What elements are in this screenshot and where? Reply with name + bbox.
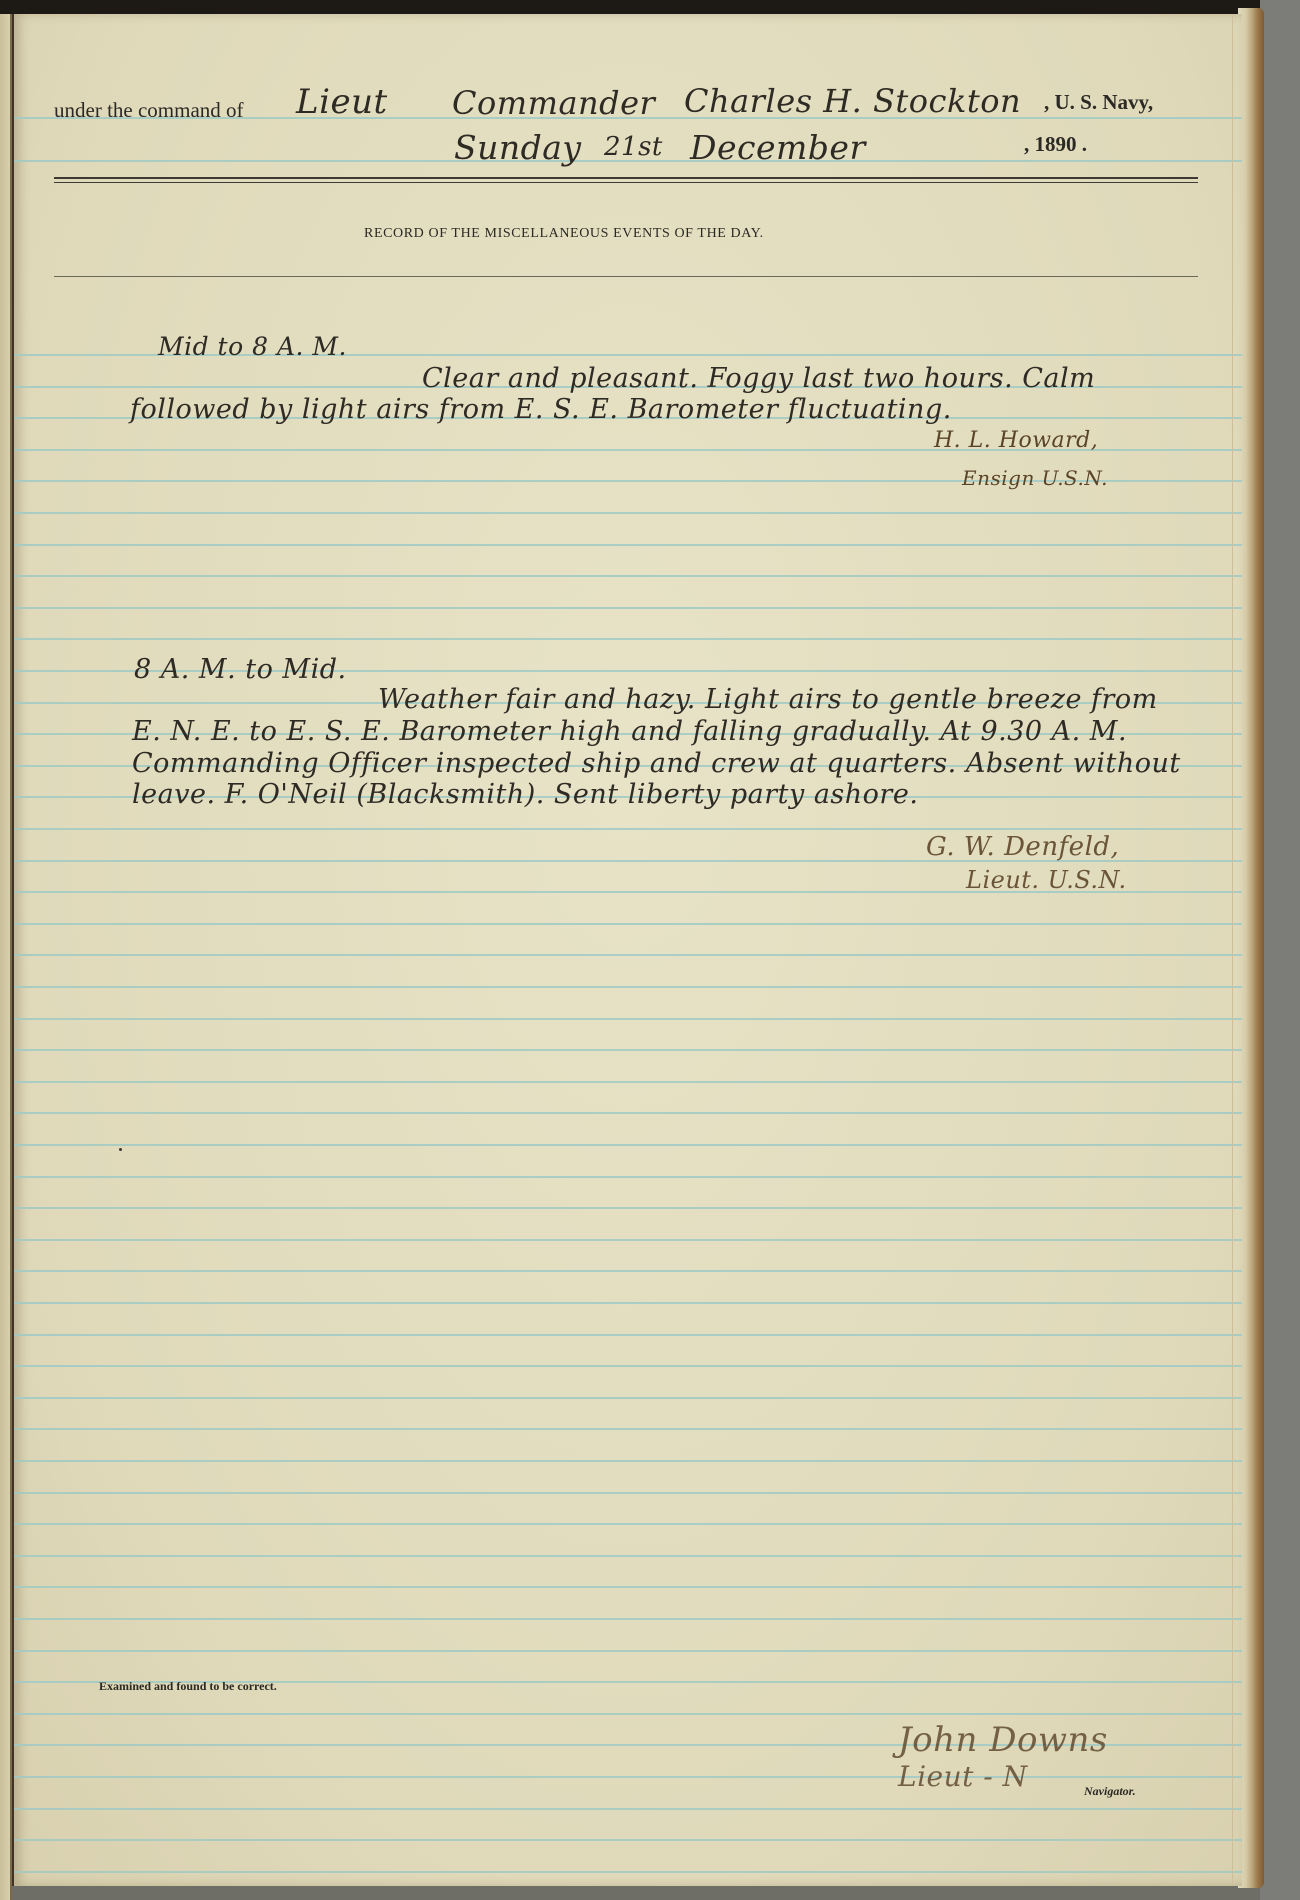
ruled-line xyxy=(14,1871,1242,1873)
section-rule xyxy=(54,276,1198,277)
command-prefix: under the command of xyxy=(54,98,244,123)
day-of-week: Sunday xyxy=(454,128,582,167)
ruled-line xyxy=(14,923,1242,925)
ruled-line xyxy=(14,1397,1242,1399)
ruled-line xyxy=(14,1586,1242,1588)
ruled-line xyxy=(14,954,1242,956)
section-title: RECORD OF THE MISCELLANEOUS EVENTS OF TH… xyxy=(364,226,764,242)
ruled-line xyxy=(14,1808,1242,1810)
entry-1-signature-name: H. L. Howard, xyxy=(934,428,1098,453)
ruled-line xyxy=(14,1713,1242,1715)
entry-2-signature-title: Lieut. U.S.N. xyxy=(966,866,1127,894)
watch-label-mid-to-8am: Mid to 8 A. M. xyxy=(158,332,347,361)
examined-label: Examined and found to be correct. xyxy=(99,1679,277,1694)
ruled-line xyxy=(14,1049,1242,1051)
day-of-month: 21st xyxy=(604,132,663,162)
header-double-rule-bottom xyxy=(54,182,1198,183)
ruled-line xyxy=(14,1492,1242,1494)
ruled-line xyxy=(14,1555,1242,1557)
ruled-line xyxy=(14,1239,1242,1241)
entry-1-line-2: followed by light airs from E. S. E. Bar… xyxy=(130,394,952,425)
commander-title: Commander xyxy=(452,84,655,122)
ruled-line xyxy=(14,1081,1242,1083)
entry-2-line-2: E. N. E. to E. S. E. Barometer high and … xyxy=(132,716,1127,747)
ruled-line xyxy=(14,1176,1242,1178)
navigator-rank: Lieut - N xyxy=(898,1760,1028,1793)
logbook-page: under the command of Lieut Commander Cha… xyxy=(12,14,1242,1886)
ruled-line xyxy=(14,1523,1242,1525)
entry-2-line-4: leave. F. O'Neil (Blacksmith). Sent libe… xyxy=(132,779,918,810)
entry-2-signature-name: G. W. Denfeld, xyxy=(926,832,1119,862)
commander-name: Charles H. Stockton xyxy=(684,82,1021,120)
ruled-line xyxy=(14,512,1242,514)
entry-2-line-1: Weather fair and hazy. Light airs to gen… xyxy=(378,684,1158,715)
ruled-line xyxy=(14,1365,1242,1367)
ruled-line xyxy=(14,1839,1242,1841)
scan-background xyxy=(1260,0,1300,1900)
ruled-line xyxy=(14,1270,1242,1272)
ruled-line xyxy=(14,986,1242,988)
header-double-rule-top xyxy=(54,177,1198,179)
navigator-signature: John Downs xyxy=(898,1720,1108,1760)
service-label: , U. S. Navy, xyxy=(1044,90,1153,115)
ruled-line xyxy=(14,1776,1242,1778)
ruled-line xyxy=(14,1428,1242,1430)
ruled-line xyxy=(14,1018,1242,1020)
ruled-line xyxy=(14,1144,1242,1146)
ruled-line xyxy=(14,1650,1242,1652)
ruled-line xyxy=(14,1207,1242,1209)
entry-1-line-1: Clear and pleasant. Foggy last two hours… xyxy=(422,363,1095,394)
ruled-line xyxy=(14,1618,1242,1620)
commander-rank: Lieut xyxy=(296,82,388,122)
year: , 1890 . xyxy=(1024,132,1087,157)
ruled-line xyxy=(14,1334,1242,1336)
entry-1-signature-title: Ensign U.S.N. xyxy=(962,466,1108,490)
month: December xyxy=(690,128,866,167)
facing-page-edge xyxy=(0,14,12,1900)
right-margin-line xyxy=(1232,14,1233,1886)
ink-speck xyxy=(119,1148,122,1151)
watch-label-8am-to-mid: 8 A. M. to Mid. xyxy=(134,654,347,685)
navigator-label: Navigator. xyxy=(1084,1784,1136,1799)
entry-2-line-3: Commanding Officer inspected ship and cr… xyxy=(132,748,1181,779)
ruled-line xyxy=(14,828,1242,830)
ruled-line xyxy=(14,575,1242,577)
ruled-line xyxy=(14,1302,1242,1304)
ruled-line xyxy=(14,638,1242,640)
ruled-line xyxy=(14,544,1242,546)
ruled-line xyxy=(14,1460,1242,1462)
ruled-line xyxy=(14,607,1242,609)
ruled-line xyxy=(14,1112,1242,1114)
